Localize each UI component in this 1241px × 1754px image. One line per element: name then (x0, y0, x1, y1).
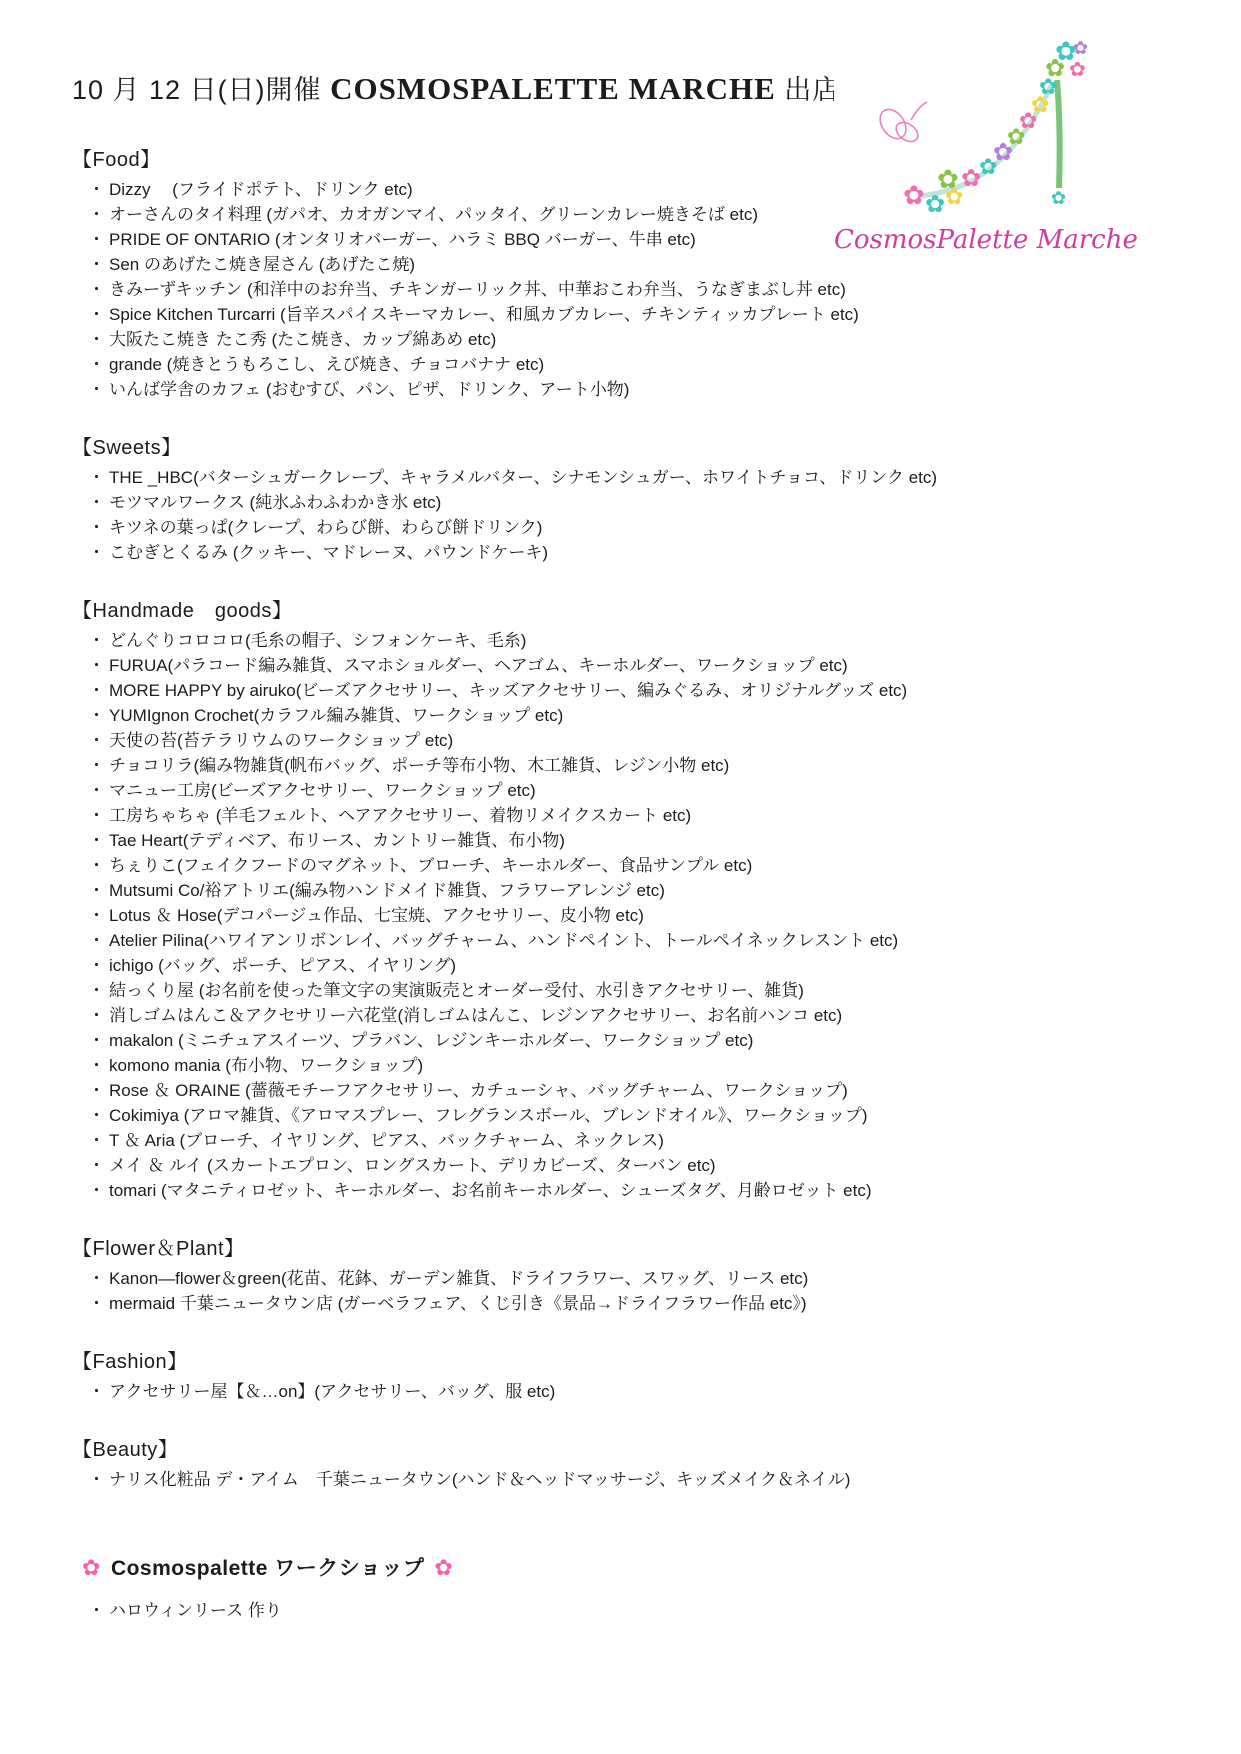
list-item: T ＆ Aria (ブローチ、イヤリング、ピアス、バックチャーム、ネックレス) (88, 1128, 1201, 1153)
list-item: マニュー工房(ビーズアクセサリー、ワークショップ etc) (88, 778, 1201, 803)
list-item: どんぐりコロコロ(毛糸の帽子、シフォンケーキ、毛糸) (88, 628, 1201, 653)
list-item: Lotus ＆ Hose(デコパージュ作品、七宝焼、アクセサリー、皮小物 etc… (88, 903, 1201, 928)
list-item: MORE HAPPY by airuko(ビーズアクセサリー、キッズアクセサリー… (88, 678, 1201, 703)
document-page: ✿ ✿ ✿ ✿ ✿ ✿ ✿ ✿ ✿ ✿ ✿ ✿ ✿ ✿ ✿ ✿ Cosm (0, 0, 1241, 1754)
section-heading: 【Handmade goods】 (72, 594, 1201, 623)
list-item: grande (焼きとうもろこし、えび焼き、チョコバナナ etc) (88, 352, 1201, 377)
list-item: Sen のあげたこ焼き屋さん (あげたこ焼) (88, 252, 1201, 277)
list-item: いんば学舎のカフェ (おむすび、パン、ピザ、ドリンク、アート小物) (88, 377, 1201, 402)
list-item: ichigo (バッグ、ポーチ、ピアス、イヤリング) (88, 953, 1201, 978)
list-item: ナリス化粧品 デ・アイム 千葉ニュータウン(ハンド＆ヘッドマッサージ、キッズメイ… (88, 1467, 1201, 1492)
list-item: Spice Kitchen Turcarri (旨辛スパイスキーマカレー、和風カ… (88, 302, 1201, 327)
category-section: 【Sweets】 THE _HBC(バターシュガークレープ、キャラメルバター、シ… (72, 431, 1201, 565)
list-item: komono mania (布小物、ワークショップ) (88, 1053, 1201, 1078)
svg-text:✿: ✿ (903, 181, 925, 211)
list-item: YUMIgnon Crochet(カラフル編み雑貨、ワークショップ etc) (88, 703, 1201, 728)
title-date: 10 月 12 日(日)開催 (72, 75, 330, 105)
category-section: 【Flower＆Plant】 Kanon―flower＆green(花苗、花鉢、… (72, 1232, 1201, 1316)
list-item: ハロウィンリース 作り (88, 1598, 1201, 1623)
workshop-heading-text: Cosmospalette ワークショップ (111, 1557, 424, 1580)
list-item: 工房ちゃちゃ (羊毛フェルト、ヘアアクセサリー、着物リメイクスカート etc) (88, 803, 1201, 828)
list-item: メイ ＆ ルイ (スカートエプロン、ロングスカート、デリカビーズ、ターバン et… (88, 1153, 1201, 1178)
section-items: どんぐりコロコロ(毛糸の帽子、シフォンケーキ、毛糸)FURUA(パラコード編み雑… (88, 628, 1201, 1203)
list-item: チョコリラ(編み物雑貨(帆布バッグ、ポーチ等布小物、木工雑貨、レジン小物 etc… (88, 753, 1201, 778)
workshop-heading: ✿Cosmospalette ワークショップ✿ (72, 1552, 1201, 1582)
list-item: ちぇりこ(フェイクフードのマグネット、ブローチ、キーホルダー、食品サンプル et… (88, 853, 1201, 878)
category-section: 【Fashion】 アクセサリー屋【＆…on】(アクセサリー、バッグ、服 etc… (72, 1345, 1201, 1404)
list-item: Kanon―flower＆green(花苗、花鉢、ガーデン雑貨、ドライフラワー、… (88, 1266, 1201, 1291)
list-item: こむぎとくるみ (クッキー、マドレーヌ、パウンドケーキ) (88, 540, 1201, 565)
list-item: Rose ＆ ORAINE (薔薇モチーフアクセサリー、カチューシャ、バッグチャ… (88, 1078, 1201, 1103)
title-brand: COSMOSPALETTE MARCHE (330, 71, 776, 106)
section-items: THE _HBC(バターシュガークレープ、キャラメルバター、シナモンシュガー、ホ… (88, 465, 1201, 565)
flower-high-heel-icon: ✿ ✿ ✿ ✿ ✿ ✿ ✿ ✿ ✿ ✿ ✿ ✿ ✿ ✿ ✿ ✿ (841, 28, 1099, 224)
section-items: アクセサリー屋【＆…on】(アクセサリー、バッグ、服 etc) (88, 1379, 1201, 1404)
logo: ✿ ✿ ✿ ✿ ✿ ✿ ✿ ✿ ✿ ✿ ✿ ✿ ✿ ✿ ✿ ✿ Cosm (834, 28, 1106, 255)
list-item: makalon (ミニチュアスイーツ、プラバン、レジンキーホルダー、ワークショッ… (88, 1028, 1201, 1053)
list-item: FURUA(パラコード編み雑貨、スマホショルダー、ヘアゴム、キーホルダー、ワーク… (88, 653, 1201, 678)
flower-icon: ✿ (82, 1555, 101, 1580)
category-section: 【Handmade goods】 どんぐりコロコロ(毛糸の帽子、シフォンケーキ、… (72, 594, 1201, 1203)
section-heading: 【Fashion】 (72, 1345, 1201, 1374)
list-item: 結っくり屋 (お名前を使った筆文字の実演販売とオーダー受付、水引きアクセサリー、… (88, 978, 1201, 1003)
list-item: きみーずキッチン (和洋中のお弁当、チキンガーリック丼、中華おこわ弁当、うなぎま… (88, 277, 1201, 302)
section-items: ナリス化粧品 デ・アイム 千葉ニュータウン(ハンド＆ヘッドマッサージ、キッズメイ… (88, 1467, 1201, 1492)
list-item: 大阪たこ焼き たこ秀 (たこ焼き、カップ綿あめ etc) (88, 327, 1201, 352)
list-item: mermaid 千葉ニュータウン店 (ガーベラフェア、くじ引き《景品→ドライフラ… (88, 1291, 1201, 1316)
list-item: キツネの葉っぱ(クレープ、わらび餅、わらび餅ドリンク) (88, 515, 1201, 540)
svg-text:✿: ✿ (937, 165, 959, 195)
list-item: THE _HBC(バターシュガークレープ、キャラメルバター、シナモンシュガー、ホ… (88, 465, 1201, 490)
section-heading: 【Sweets】 (72, 431, 1201, 460)
logo-script-text: CosmosPalette Marche (834, 225, 1106, 255)
list-item: 天使の苔(苔テラリウムのワークショップ etc) (88, 728, 1201, 753)
workshop-section: ✿Cosmospalette ワークショップ✿ ハロウィンリース 作り (72, 1552, 1201, 1623)
list-item: Atelier Pilina(ハワイアンリボンレイ、バッグチャーム、ハンドペイン… (88, 928, 1201, 953)
list-item: tomari (マタニティロゼット、キーホルダー、お名前キーホルダー、シューズタ… (88, 1178, 1201, 1203)
svg-text:✿: ✿ (1069, 57, 1086, 81)
section-items: Kanon―flower＆green(花苗、花鉢、ガーデン雑貨、ドライフラワー、… (88, 1266, 1201, 1316)
list-item: アクセサリー屋【＆…on】(アクセサリー、バッグ、服 etc) (88, 1379, 1201, 1404)
category-section: 【Beauty】 ナリス化粧品 デ・アイム 千葉ニュータウン(ハンド＆ヘッドマッ… (72, 1433, 1201, 1492)
flower-icon: ✿ (434, 1555, 453, 1580)
list-item: Tae Heart(テディベア、布リース、カントリー雑貨、布小物) (88, 828, 1201, 853)
list-item: Cokimiya (アロマ雑貨、《アロマスプレー、フレグランスボール、ブレンドオ… (88, 1103, 1201, 1128)
list-item: Mutsumi Co/裕アトリエ(編み物ハンドメイド雑貨、フラワーアレンジ et… (88, 878, 1201, 903)
section-heading: 【Flower＆Plant】 (72, 1232, 1201, 1261)
section-heading: 【Beauty】 (72, 1433, 1201, 1462)
workshop-items: ハロウィンリース 作り (88, 1598, 1201, 1623)
sections: 【Food】 Dizzy (フライドポテト、ドリンク etc)オーさんのタイ料理… (72, 143, 1201, 1492)
list-item: 消しゴムはんこ＆アクセサリー六花堂(消しゴムはんこ、レジンアクセサリー、お名前ハ… (88, 1003, 1201, 1028)
svg-text:✿: ✿ (1073, 38, 1088, 59)
list-item: モツマルワークス (純氷ふわふわかき氷 etc) (88, 490, 1201, 515)
svg-text:✿: ✿ (1051, 188, 1066, 208)
